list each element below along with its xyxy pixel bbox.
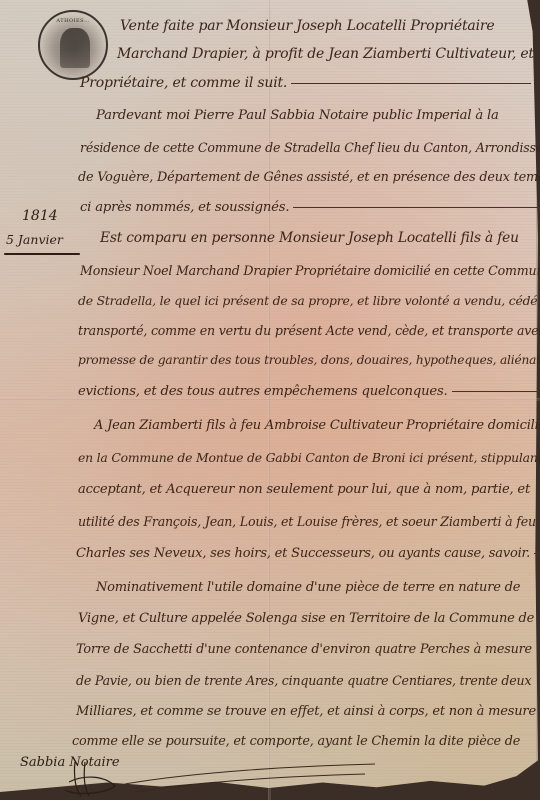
title-line-3-text: Propriétaire, et comme il suit. bbox=[80, 75, 287, 91]
body-line-18: Torre de Sacchetti d'une contenance d'en… bbox=[76, 642, 532, 657]
signature-flourish-icon bbox=[45, 760, 385, 800]
body-line-5: Est comparu en personne Monsieur Joseph … bbox=[100, 230, 519, 246]
body-line-12: en la Commune de Montue de Gabbi Canton … bbox=[78, 450, 540, 465]
body-line-21: comme elle se poursuite, et comporte, ay… bbox=[72, 734, 520, 749]
body-line-1: Pardevant moi Pierre Paul Sabbia Notaire… bbox=[96, 108, 499, 123]
body-line-19: de Pavie, ou bien de trente Ares, cinqua… bbox=[76, 673, 531, 688]
body-line-4-text: ci après nommés, et soussignés. bbox=[80, 200, 289, 215]
body-line-9: promesse de garantir des tous troubles, … bbox=[78, 353, 540, 367]
body-line-15: Charles ses Neveux, ses hoirs, et Succes… bbox=[76, 546, 540, 561]
body-line-20: Milliares, et comme se trouve en effet, … bbox=[76, 704, 536, 719]
line-filler-dash bbox=[534, 553, 540, 554]
line-filler-dash bbox=[293, 207, 540, 208]
body-line-3: de Voguère, Département de Gênes assisté… bbox=[78, 170, 540, 185]
title-line-1: Vente faite par Monsieur Joseph Locatell… bbox=[120, 18, 494, 34]
document-body: Vente faite par Monsieur Joseph Locatell… bbox=[0, 0, 540, 800]
line-filler-dash bbox=[452, 391, 540, 392]
body-line-11: A Jean Ziamberti fils à feu Ambroise Cul… bbox=[94, 418, 540, 433]
body-line-8: transporté, comme en vertu du présent Ac… bbox=[78, 323, 540, 338]
body-line-2: résidence de cette Commune de Stradella … bbox=[80, 140, 540, 155]
title-line-2: Marchand Drapier, à profit de Jean Ziamb… bbox=[117, 46, 534, 62]
body-line-13: acceptant, et Acquereur non seulement po… bbox=[78, 482, 530, 497]
body-line-17: Vigne, et Culture appelée Solenga sise e… bbox=[78, 611, 534, 626]
margin-note-date: 5 Janvier bbox=[6, 232, 63, 247]
body-line-10: evictions, et des tous autres empêchemen… bbox=[78, 384, 540, 399]
body-line-16: Nominativement l'utile domaine d'une piè… bbox=[96, 580, 520, 595]
body-line-15-text: Charles ses Neveux, ses hoirs, et Succes… bbox=[76, 546, 530, 561]
title-line-3: Propriétaire, et comme il suit. bbox=[80, 75, 531, 91]
body-line-6: Monsieur Noel Marchand Drapier Propriéta… bbox=[80, 263, 540, 278]
body-line-14: utilité des François, Jean, Louis, et Lo… bbox=[78, 514, 536, 529]
margin-note-year: 1814 bbox=[22, 208, 58, 224]
body-line-10-text: evictions, et des tous autres empêchemen… bbox=[78, 384, 448, 399]
body-line-7: de Stradella, le quel ici présent de sa … bbox=[78, 293, 540, 308]
margin-note-underline bbox=[4, 253, 80, 255]
line-filler-dash bbox=[291, 83, 531, 84]
body-line-4: ci après nommés, et soussignés. bbox=[80, 200, 540, 215]
